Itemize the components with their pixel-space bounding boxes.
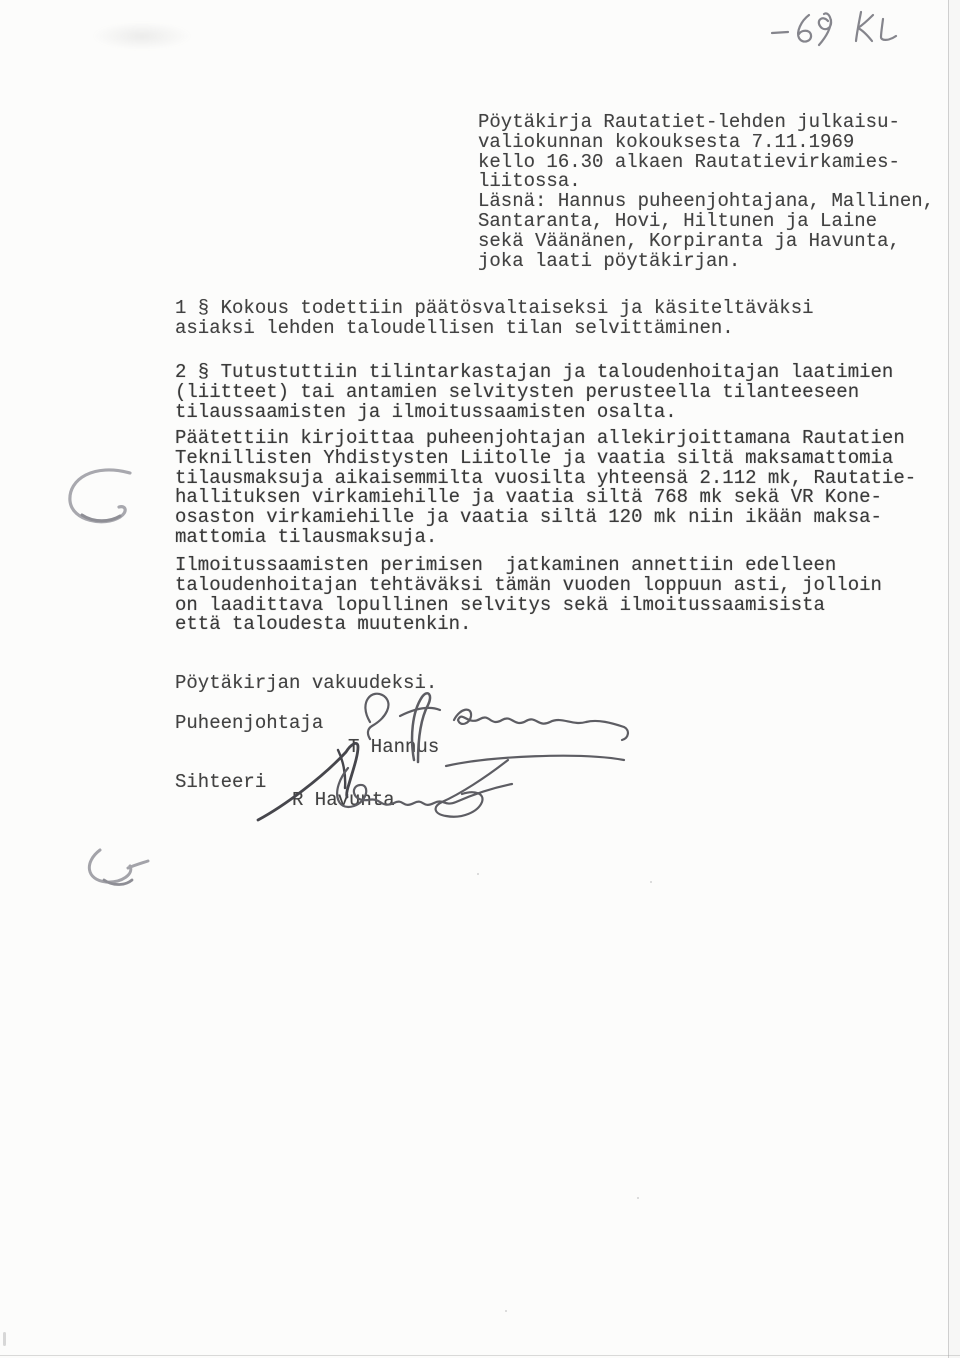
chairman-role-label: Puheenjohtaja bbox=[175, 714, 323, 734]
scan-edge-speck bbox=[3, 1332, 6, 1346]
paper-speck bbox=[637, 1197, 639, 1199]
pencil-annotation-top-right: -69 KL bbox=[768, 6, 908, 57]
chairman-typed-name: T Hannus bbox=[348, 738, 439, 758]
pencil-check-mark-icon bbox=[60, 463, 155, 531]
paragraph-2: 2 § Tutustuttiin tilintarkastajan ja tal… bbox=[175, 363, 893, 422]
closing-statement: Pöytäkirjan vakuudeksi. bbox=[175, 674, 437, 694]
paragraph-3: Päätettiin kirjoittaa puheenjohtajan all… bbox=[175, 429, 916, 548]
document-header: Pöytäkirja Rautatiet-lehden julkaisu- va… bbox=[478, 113, 934, 271]
handwritten-signature-icon bbox=[250, 736, 630, 836]
pencil-check-mark-icon bbox=[80, 838, 165, 896]
scanned-minutes-page: -69 KL Pöytäkirja Rautatiet-lehden julka… bbox=[0, 0, 960, 1358]
secretary-typed-name: R Havunta bbox=[292, 791, 395, 811]
scan-edge-line bbox=[948, 0, 949, 1358]
pencil-margin-mark bbox=[60, 463, 155, 536]
handwritten-note-icon bbox=[768, 6, 908, 52]
paragraph-1: 1 § Kokous todettiin päätösvaltaiseksi j… bbox=[175, 299, 814, 339]
scan-smudge bbox=[92, 22, 192, 50]
paper-speck bbox=[650, 881, 652, 883]
paper-speck bbox=[477, 873, 479, 875]
paper-right-edge bbox=[949, 0, 960, 1358]
signature-chairman bbox=[336, 688, 636, 771]
pencil-margin-mark bbox=[80, 838, 165, 901]
scan-bottom-edge bbox=[0, 1355, 960, 1356]
paper-speck bbox=[505, 1310, 507, 1312]
paragraph-4: Ilmoitussaamisten perimisen jatkaminen a… bbox=[175, 556, 882, 635]
secretary-role-label: Sihteeri bbox=[175, 773, 266, 793]
